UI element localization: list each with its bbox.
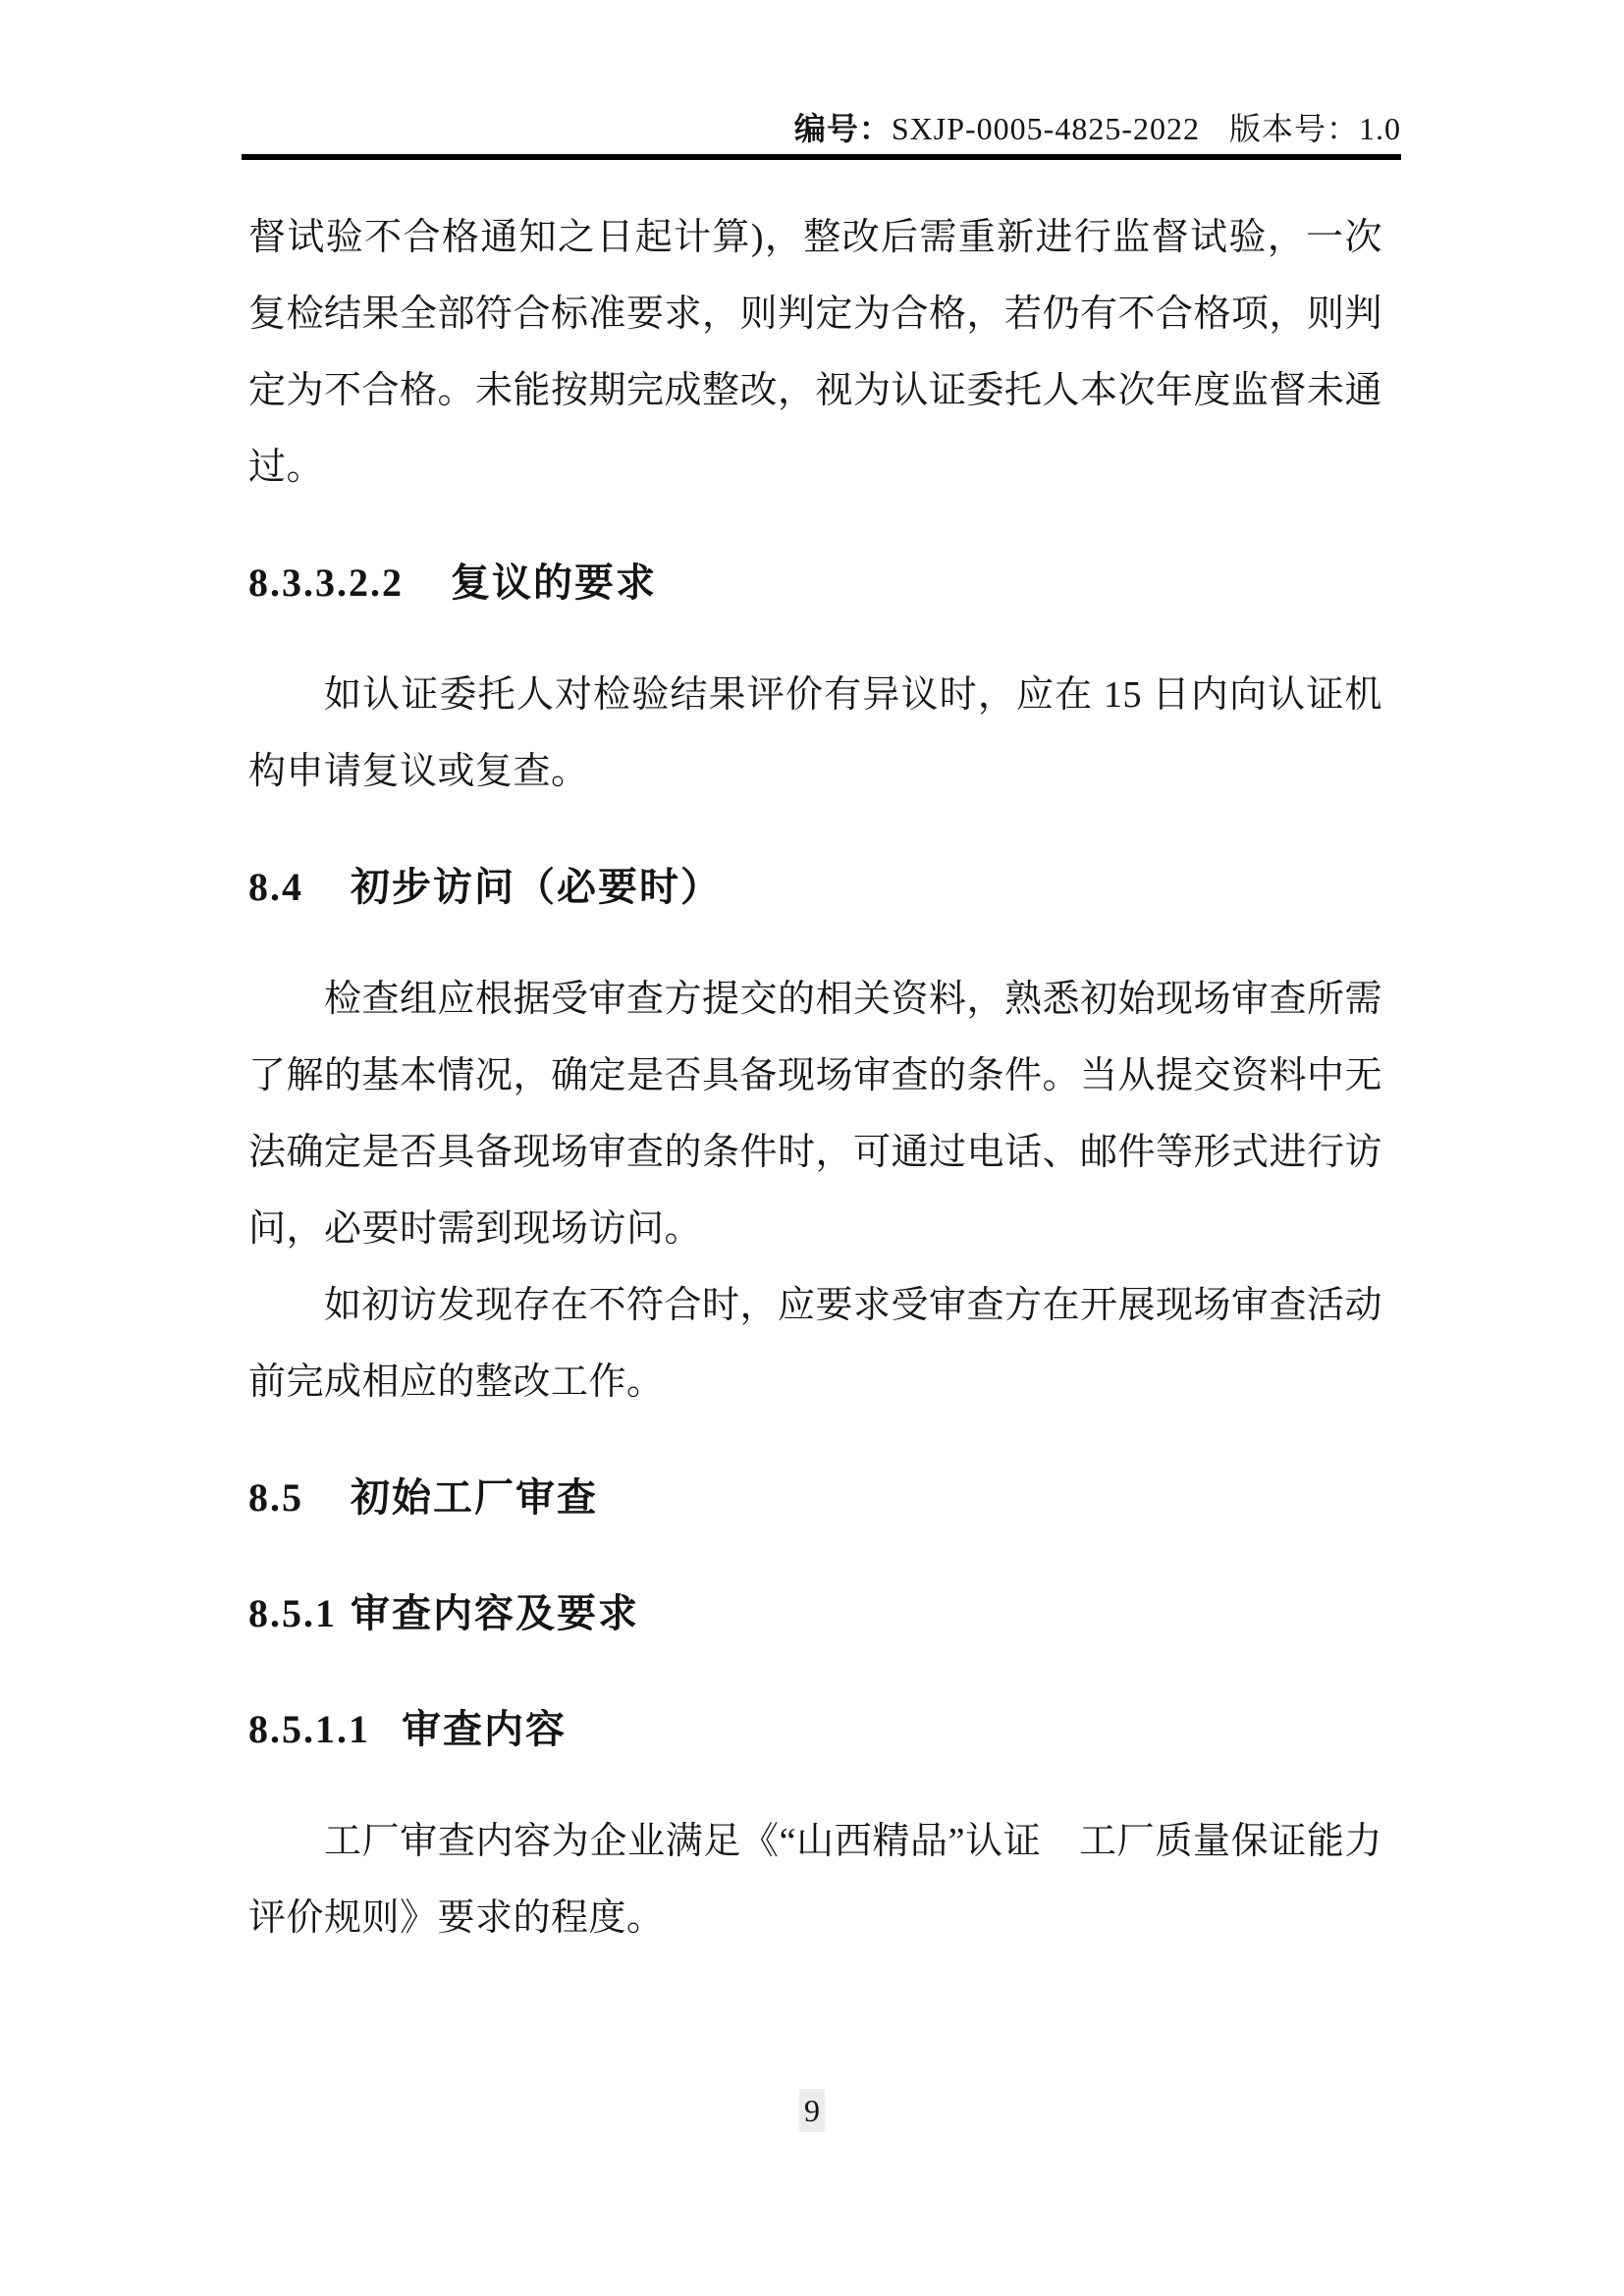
heading-8-5: 8.5 初始工厂审查 xyxy=(248,1460,1382,1536)
page-header: 编号：SXJP-0005-4825-2022版本号：1.0 xyxy=(242,108,1401,149)
paragraph-factory-review-content: 工厂审查内容为企业满足《“山西精品”认证 工厂质量保证能力评价规则》要求的程度。 xyxy=(248,1803,1382,1956)
doc-version-value: 1.0 xyxy=(1359,111,1401,146)
heading-8-4-number: 8.4 xyxy=(248,849,303,926)
heading-8-5-1-number: 8.5.1 xyxy=(248,1575,337,1652)
doc-version-label: 版本号： xyxy=(1229,111,1359,146)
heading-8-5-title: 初始工厂审查 xyxy=(351,1460,598,1536)
heading-8-5-1-1-title: 审查内容 xyxy=(402,1691,567,1768)
heading-8-5-number: 8.5 xyxy=(248,1460,303,1536)
paragraph-review-appeal: 如认证委托人对检验结果评价有异议时，应在 15 日内向认证机构申请复议或复查。 xyxy=(248,657,1382,810)
heading-8-3-3-2-2-number: 8.3.3.2.2 xyxy=(248,545,404,621)
heading-8-5-1-1-number: 8.5.1.1 xyxy=(248,1691,370,1768)
document-page: 编号：SXJP-0005-4825-2022版本号：1.0 督试验不合格通知之日… xyxy=(0,0,1624,2296)
heading-8-3-3-2-2-title: 复议的要求 xyxy=(451,545,657,621)
header-rule xyxy=(242,154,1401,160)
doc-number-label: 编号： xyxy=(794,111,892,146)
heading-8-3-3-2-2: 8.3.3.2.2 复议的要求 xyxy=(248,545,1382,621)
paragraph-supervision-retest: 督试验不合格通知之日起计算)，整改后需重新进行监督试验，一次复检结果全部符合标准… xyxy=(248,199,1382,506)
page-number: 9 xyxy=(799,2089,825,2132)
paragraph-preliminary-visit-1: 检查组应根据受审查方提交的相关资料，熟悉初始现场审查所需了解的基本情况，确定是否… xyxy=(248,961,1382,1267)
heading-8-5-1-1: 8.5.1.1 审查内容 xyxy=(248,1691,1382,1768)
doc-number-value: SXJP-0005-4825-2022 xyxy=(892,111,1200,146)
heading-8-4-title: 初步访问（必要时） xyxy=(351,849,722,926)
paragraph-preliminary-visit-2: 如初访发现存在不符合时，应要求受审查方在开展现场审查活动前完成相应的整改工作。 xyxy=(248,1267,1382,1420)
document-body: 督试验不合格通知之日起计算)，整改后需重新进行监督试验，一次复检结果全部符合标准… xyxy=(248,199,1382,1956)
heading-8-4: 8.4 初步访问（必要时） xyxy=(248,849,1382,926)
page-footer: 9 xyxy=(0,2089,1624,2132)
heading-8-5-1-title: 审查内容及要求 xyxy=(351,1575,639,1652)
heading-8-5-1: 8.5.1 审查内容及要求 xyxy=(248,1575,1382,1652)
